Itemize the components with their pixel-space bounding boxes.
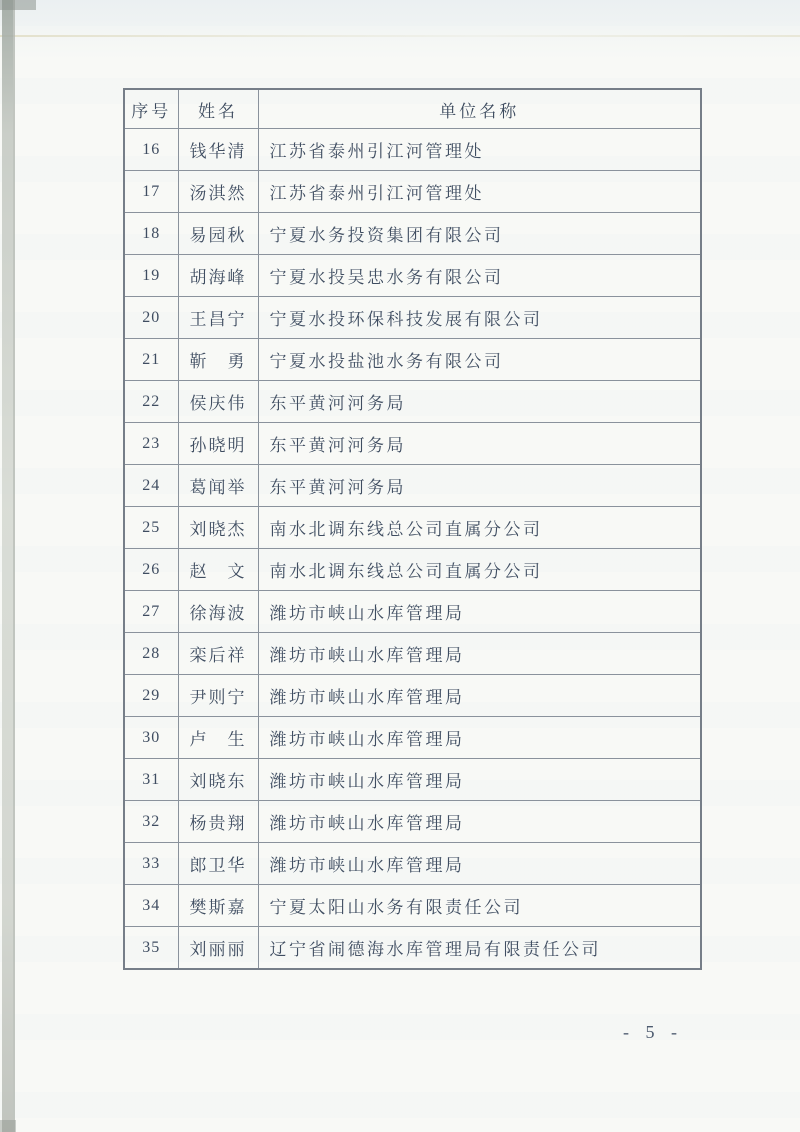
row-unit: 东平黄河河务局 bbox=[258, 381, 701, 423]
row-serial: 26 bbox=[124, 549, 178, 591]
row-unit: 辽宁省闹德海水库管理局有限责任公司 bbox=[258, 927, 701, 970]
table-row: 23孙晓明东平黄河河务局 bbox=[124, 423, 701, 465]
row-unit: 潍坊市峡山水库管理局 bbox=[258, 675, 701, 717]
row-unit: 宁夏水务投资集团有限公司 bbox=[258, 213, 701, 255]
row-unit: 宁夏水投环保科技发展有限公司 bbox=[258, 297, 701, 339]
row-name: 孙晓明 bbox=[178, 423, 258, 465]
table-row: 17汤淇然江苏省泰州引江河管理处 bbox=[124, 171, 701, 213]
row-unit: 东平黄河河务局 bbox=[258, 465, 701, 507]
row-name: 刘晓东 bbox=[178, 759, 258, 801]
roster-table-body: 16钱华清江苏省泰州引江河管理处17汤淇然江苏省泰州引江河管理处18易园秋宁夏水… bbox=[124, 129, 701, 970]
row-unit: 潍坊市峡山水库管理局 bbox=[258, 717, 701, 759]
table-row: 32杨贵翔潍坊市峡山水库管理局 bbox=[124, 801, 701, 843]
row-serial: 21 bbox=[124, 339, 178, 381]
table-row: 19胡海峰宁夏水投吴忠水务有限公司 bbox=[124, 255, 701, 297]
row-name: 钱华清 bbox=[178, 129, 258, 171]
row-unit: 宁夏水投盐池水务有限公司 bbox=[258, 339, 701, 381]
row-serial: 34 bbox=[124, 885, 178, 927]
table-row: 27徐海波潍坊市峡山水库管理局 bbox=[124, 591, 701, 633]
row-serial: 24 bbox=[124, 465, 178, 507]
table-row: 18易园秋宁夏水务投资集团有限公司 bbox=[124, 213, 701, 255]
row-name: 樊斯嘉 bbox=[178, 885, 258, 927]
row-name: 侯庆伟 bbox=[178, 381, 258, 423]
table-row: 28栾后祥潍坊市峡山水库管理局 bbox=[124, 633, 701, 675]
row-name: 赵 文 bbox=[178, 549, 258, 591]
row-serial: 23 bbox=[124, 423, 178, 465]
page-number: - 5 - bbox=[598, 1022, 708, 1043]
row-unit: 潍坊市峡山水库管理局 bbox=[258, 843, 701, 885]
header-name: 姓名 bbox=[178, 89, 258, 129]
table-row: 25刘晓杰南水北调东线总公司直属分公司 bbox=[124, 507, 701, 549]
row-unit: 江苏省泰州引江河管理处 bbox=[258, 171, 701, 213]
row-serial: 29 bbox=[124, 675, 178, 717]
table-row: 21靳 勇宁夏水投盐池水务有限公司 bbox=[124, 339, 701, 381]
table-row: 22侯庆伟东平黄河河务局 bbox=[124, 381, 701, 423]
row-serial: 25 bbox=[124, 507, 178, 549]
row-name: 王昌宁 bbox=[178, 297, 258, 339]
row-serial: 28 bbox=[124, 633, 178, 675]
row-unit: 南水北调东线总公司直属分公司 bbox=[258, 549, 701, 591]
row-serial: 27 bbox=[124, 591, 178, 633]
row-name: 刘晓杰 bbox=[178, 507, 258, 549]
row-serial: 19 bbox=[124, 255, 178, 297]
table-row: 35刘丽丽辽宁省闹德海水库管理局有限责任公司 bbox=[124, 927, 701, 970]
row-serial: 16 bbox=[124, 129, 178, 171]
header-row: 序号 姓名 单位名称 bbox=[124, 89, 701, 129]
row-serial: 33 bbox=[124, 843, 178, 885]
row-serial: 17 bbox=[124, 171, 178, 213]
row-name: 刘丽丽 bbox=[178, 927, 258, 970]
row-serial: 30 bbox=[124, 717, 178, 759]
row-serial: 20 bbox=[124, 297, 178, 339]
scan-left-edge-shadow bbox=[2, 0, 13, 1132]
row-name: 葛闻举 bbox=[178, 465, 258, 507]
table-row: 29尹则宁潍坊市峡山水库管理局 bbox=[124, 675, 701, 717]
scan-corner-smudge-bottom bbox=[0, 1120, 16, 1132]
row-name: 卢 生 bbox=[178, 717, 258, 759]
row-serial: 32 bbox=[124, 801, 178, 843]
row-unit: 东平黄河河务局 bbox=[258, 423, 701, 465]
row-unit: 潍坊市峡山水库管理局 bbox=[258, 633, 701, 675]
row-serial: 22 bbox=[124, 381, 178, 423]
roster-table-header: 序号 姓名 单位名称 bbox=[124, 89, 701, 129]
row-unit: 潍坊市峡山水库管理局 bbox=[258, 759, 701, 801]
row-name: 胡海峰 bbox=[178, 255, 258, 297]
row-name: 栾后祥 bbox=[178, 633, 258, 675]
table-row: 34樊斯嘉宁夏太阳山水务有限责任公司 bbox=[124, 885, 701, 927]
header-serial: 序号 bbox=[124, 89, 178, 129]
scan-artifact-line bbox=[0, 35, 800, 37]
row-serial: 31 bbox=[124, 759, 178, 801]
header-unit: 单位名称 bbox=[258, 89, 701, 129]
table-row: 31刘晓东潍坊市峡山水库管理局 bbox=[124, 759, 701, 801]
table-row: 26赵 文南水北调东线总公司直属分公司 bbox=[124, 549, 701, 591]
row-name: 徐海波 bbox=[178, 591, 258, 633]
roster-table: 序号 姓名 单位名称 16钱华清江苏省泰州引江河管理处17汤淇然江苏省泰州引江河… bbox=[123, 88, 702, 970]
scan-corner-smudge-top bbox=[0, 0, 36, 10]
row-name: 靳 勇 bbox=[178, 339, 258, 381]
row-name: 郎卫华 bbox=[178, 843, 258, 885]
table-row: 20王昌宁宁夏水投环保科技发展有限公司 bbox=[124, 297, 701, 339]
table-row: 30卢 生潍坊市峡山水库管理局 bbox=[124, 717, 701, 759]
row-name: 易园秋 bbox=[178, 213, 258, 255]
table-row: 33郎卫华潍坊市峡山水库管理局 bbox=[124, 843, 701, 885]
row-unit: 南水北调东线总公司直属分公司 bbox=[258, 507, 701, 549]
row-unit: 江苏省泰州引江河管理处 bbox=[258, 129, 701, 171]
scan-left-edge-line bbox=[13, 0, 15, 1132]
row-unit: 宁夏太阳山水务有限责任公司 bbox=[258, 885, 701, 927]
table-row: 16钱华清江苏省泰州引江河管理处 bbox=[124, 129, 701, 171]
row-unit: 潍坊市峡山水库管理局 bbox=[258, 801, 701, 843]
row-name: 杨贵翔 bbox=[178, 801, 258, 843]
row-serial: 18 bbox=[124, 213, 178, 255]
row-name: 尹则宁 bbox=[178, 675, 258, 717]
row-name: 汤淇然 bbox=[178, 171, 258, 213]
scanned-document-page: { "page": { "number_label": "- 5 -" }, "… bbox=[0, 0, 800, 1132]
row-serial: 35 bbox=[124, 927, 178, 970]
table-row: 24葛闻举东平黄河河务局 bbox=[124, 465, 701, 507]
row-unit: 潍坊市峡山水库管理局 bbox=[258, 591, 701, 633]
row-unit: 宁夏水投吴忠水务有限公司 bbox=[258, 255, 701, 297]
